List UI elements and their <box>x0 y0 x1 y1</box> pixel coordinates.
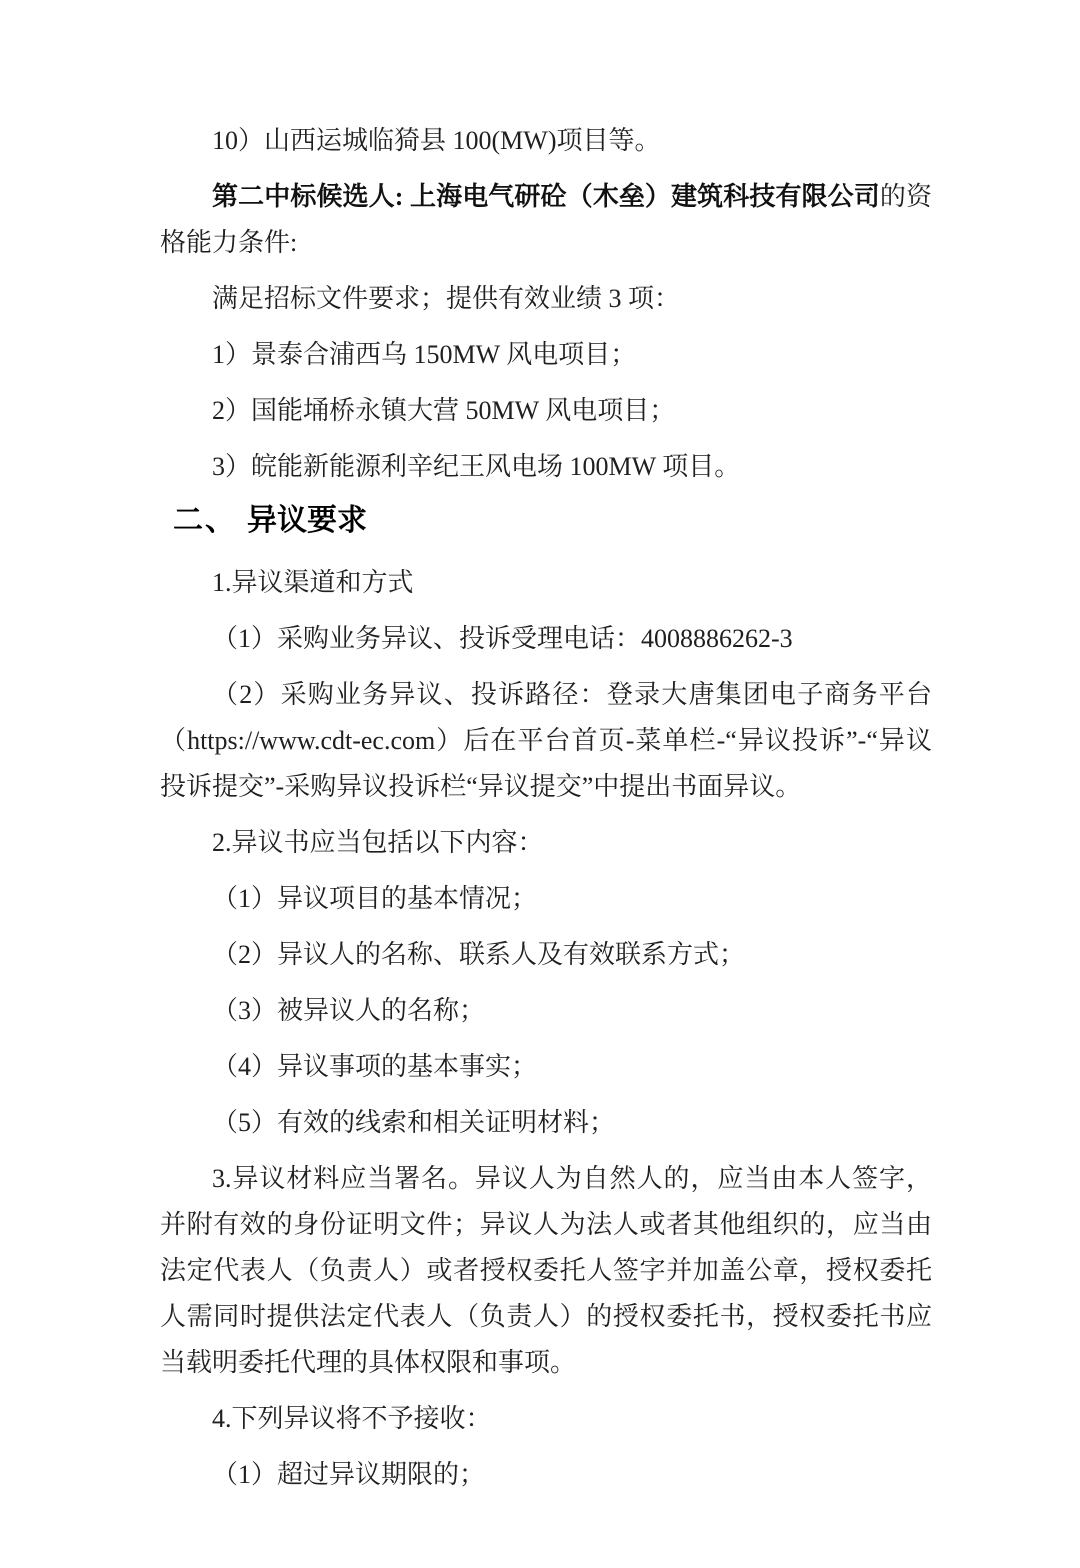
achievement-item-2: 2）国能埇桥永镇大营 50MW 风电项目； <box>160 388 932 434</box>
section-2-number: 二、 <box>173 504 237 537</box>
second-candidate-line: 第二中标候选人: 上海电气研砼（木垒）建筑科技有限公司的资格能力条件: <box>160 174 932 266</box>
objection-letter-item-3: （3）被异议人的名称； <box>160 988 932 1034</box>
section-2-heading: 二、异议要求 <box>160 496 932 546</box>
objection-letter-item-2: （2）异议人的名称、联系人及有效联系方式； <box>160 932 932 978</box>
project-list-item-10: 10）山西运城临猗县 100(MW)项目等。 <box>160 118 932 164</box>
objection-channel-heading: 1.异议渠道和方式 <box>160 560 932 606</box>
objection-signature-rule: 3.异议材料应当署名。异议人为自然人的，应当由本人签字，并附有效的身份证明文件；… <box>160 1156 932 1386</box>
section-2-title: 异议要求 <box>247 504 367 537</box>
achievement-item-3: 3）皖能新能源利辛纪王风电场 100MW 项目。 <box>160 444 932 490</box>
second-candidate-name: 第二中标候选人: 上海电气研砼（木垒）建筑科技有限公司 <box>212 182 880 211</box>
objection-letter-item-4: （4）异议事项的基本事实； <box>160 1044 932 1090</box>
objection-letter-item-1: （1）异议项目的基本情况； <box>160 876 932 922</box>
objection-rejection-item-1: （1）超过异议期限的； <box>160 1452 932 1498</box>
objection-phone-line: （1）采购业务异议、投诉受理电话：4008886262-3 <box>160 616 932 662</box>
objection-rejection-heading: 4.下列异议将不予接收： <box>160 1396 932 1442</box>
objection-letter-item-5: （5）有效的线索和相关证明材料； <box>160 1100 932 1146</box>
achievement-item-1: 1）景泰合浦西乌 150MW 风电项目； <box>160 332 932 378</box>
qualification-statement: 满足招标文件要求；提供有效业绩 3 项： <box>160 276 932 322</box>
objection-letter-heading: 2.异议书应当包括以下内容： <box>160 820 932 866</box>
objection-path-line: （2）采购业务异议、投诉路径：登录大唐集团电子商务平台（https://www.… <box>160 672 932 810</box>
document-page: 10）山西运城临猗县 100(MW)项目等。 第二中标候选人: 上海电气研砼（木… <box>0 0 1080 1568</box>
